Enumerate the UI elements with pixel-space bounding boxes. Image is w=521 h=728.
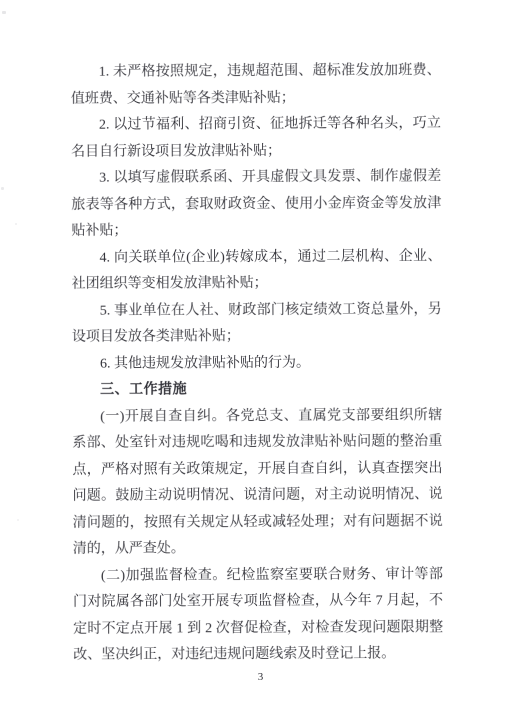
scan-artifact-speck: [1, 187, 4, 190]
paragraph: 4. 向关联单位(企业)转嫁成本，通过二层机构、企业、社团组织等变相发放津贴补贴…: [71, 244, 441, 299]
scan-artifact-speck: [2, 11, 6, 14]
document-body: 1. 未严格按照规定，违规超范围、超标准发放加班费、值班费、交通补贴等各类津贴补…: [71, 58, 444, 669]
scan-artifact-speck: [17, 519, 19, 521]
paragraph: (二)加强监督检查。纪检监察室要联合财务、审计等部门对院属各部门处室开展专项监督…: [73, 562, 443, 670]
paragraph: 3. 以填写虚假联系函、开具虚假文具发票、制作虚假差旅表等各种方式，套取财政资金…: [71, 164, 441, 245]
scanned-page: 1. 未严格按照规定，违规超范围、超标准发放加班费、值班费、交通补贴等各类津贴补…: [0, 0, 521, 728]
paragraph: 5. 事业单位在人社、财政部门核定绩效工资总量外，另设项目发放各类津贴补贴；: [72, 297, 442, 352]
paragraph: 6. 其他违规发放津贴补贴的行为。: [72, 350, 442, 378]
section-heading: 三、工作措施: [72, 376, 442, 404]
paragraph: 2. 以过节福利、招商引资、征地拆迁等各种名头，巧立名目自行新设项目发放津贴补贴…: [71, 111, 441, 166]
paragraph: (一)开展自查自纠。各党总支、直属党支部要组织所辖系部、处室针对违规吃喝和违规发…: [72, 403, 443, 564]
scan-artifact-speck: [15, 223, 17, 225]
paragraph: 1. 未严格按照规定，违规超范围、超标准发放加班费、值班费、交通补贴等各类津贴补…: [71, 58, 441, 113]
page-number: 3: [0, 671, 521, 683]
